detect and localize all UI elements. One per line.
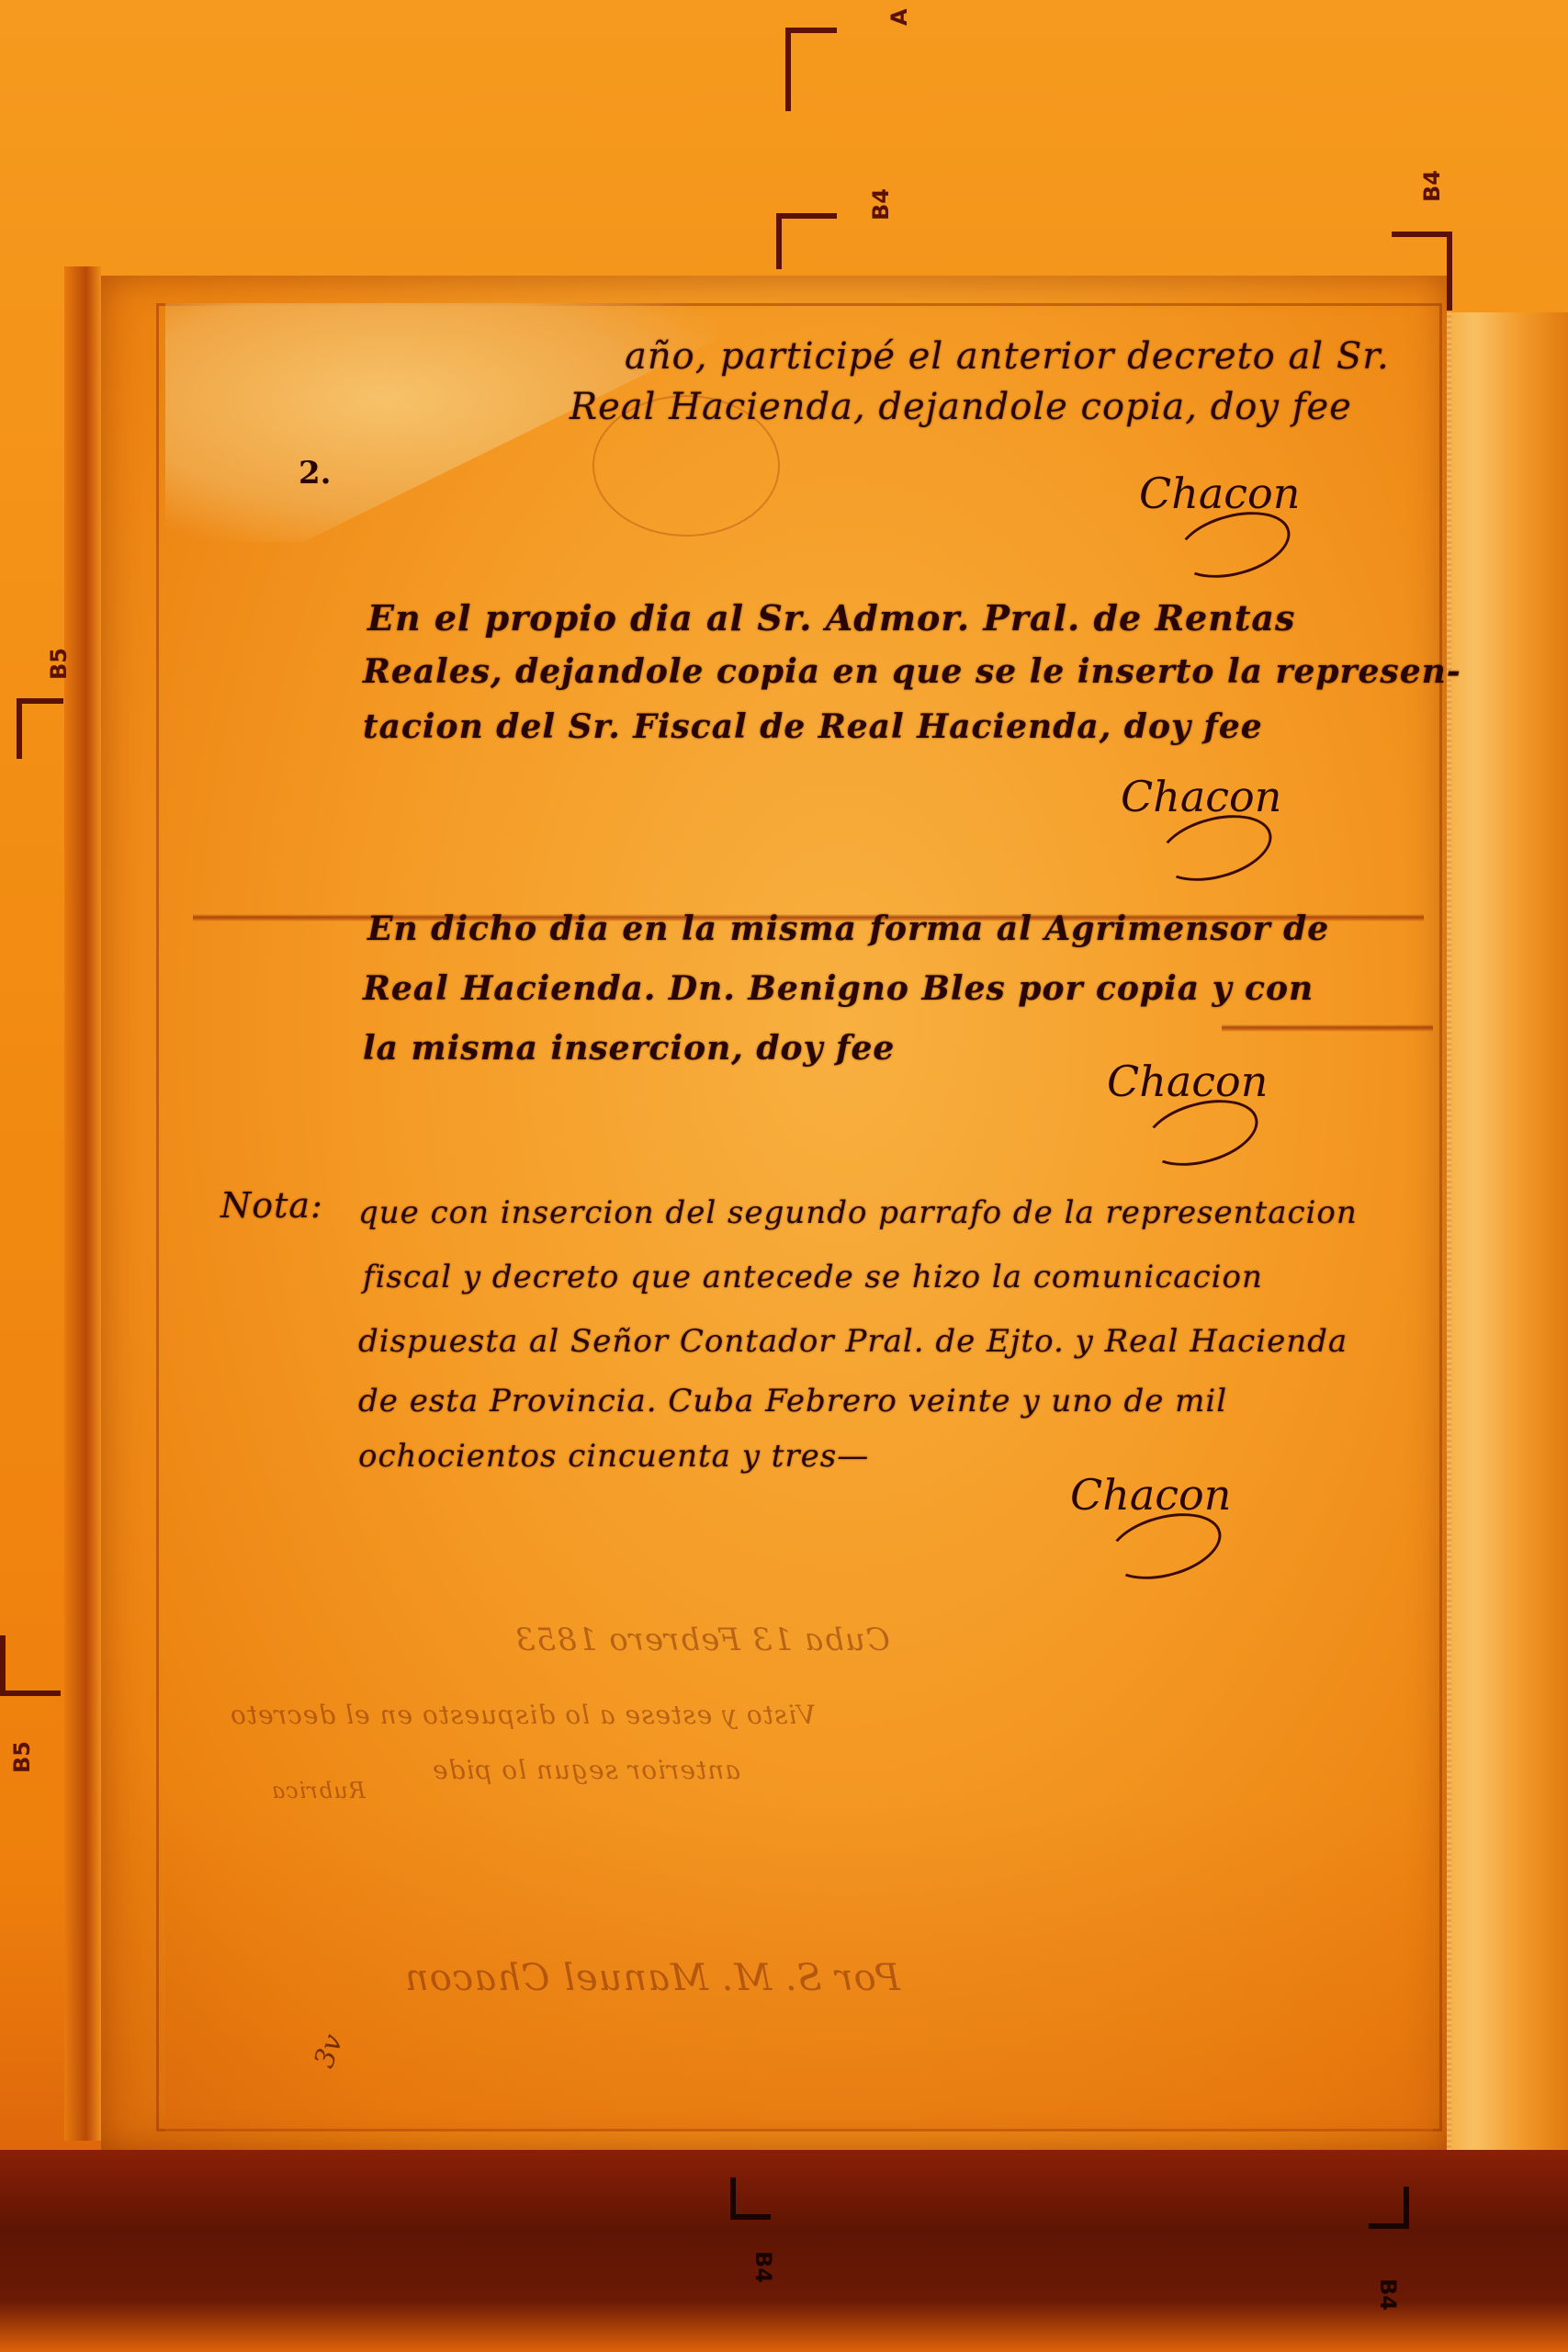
entry-1-line-1: año, participé el anterior decreto al Sr…	[625, 335, 1390, 378]
facing-page-edge	[1451, 312, 1568, 2150]
entry-3-line-2: Real Hacienda. Dn. Benigno Bles por copi…	[363, 969, 1314, 1008]
binding-shadow	[0, 2150, 1568, 2352]
signature-text: Chacon	[1139, 469, 1300, 518]
entry-1-signature: Chacon	[1139, 469, 1300, 518]
entry-3-signature: Chacon	[1107, 1057, 1268, 1106]
nota-line-5: ochocientos cincuenta y tres—	[358, 1438, 869, 1475]
signature-text: Chacon	[1121, 772, 1281, 821]
entry-3-line-3: la misma insercion, doy fee	[363, 1029, 895, 1068]
fold-crease-right	[1222, 1024, 1433, 1032]
entry-2-line-3: tacion del Sr. Fiscal de Real Hacienda, …	[363, 707, 1263, 746]
nota-line-4: de esta Provincia. Cuba Febrero veinte y…	[358, 1383, 1227, 1419]
signature-text: Chacon	[1070, 1470, 1231, 1520]
bleed-line-1: Cuba 13 Febrero 1853	[514, 1622, 890, 1658]
bleed-line-5: Por S. M. Manuel Chacon	[404, 1957, 900, 1999]
entry-3-line-1: En dicho dia en la misma forma al Agrime…	[367, 910, 1329, 948]
folio-number: 2.	[299, 455, 332, 492]
entry-2-line-2: Reales, dejandole copia en que se le ins…	[363, 652, 1461, 691]
signature-text: Chacon	[1107, 1057, 1268, 1106]
nota-signature: Chacon	[1070, 1470, 1231, 1520]
entry-2-signature: Chacon	[1121, 772, 1281, 821]
nota-line-3: dispuesta al Señor Contador Pral. de Ejt…	[358, 1323, 1348, 1360]
bleed-line-3: anterior segun lo pide	[432, 1755, 740, 1785]
bleed-line-4: Rubrica	[271, 1778, 366, 1804]
nota-line-2: fiscal y decreto que antecede se hizo la…	[363, 1259, 1263, 1295]
bleed-line-2: Visto y estese a lo dispuesto en el decr…	[230, 1700, 816, 1730]
nota-line-1: que con insercion del segundo parrafo de…	[358, 1194, 1358, 1231]
nota-label: Nota:	[220, 1185, 323, 1226]
entry-2-line-1: En el propio dia al Sr. Admor. Pral. de …	[367, 597, 1295, 639]
left-page-edge	[64, 266, 101, 2141]
entry-1-line-2: Real Hacienda, dejandole copia, doy fee	[570, 386, 1352, 428]
